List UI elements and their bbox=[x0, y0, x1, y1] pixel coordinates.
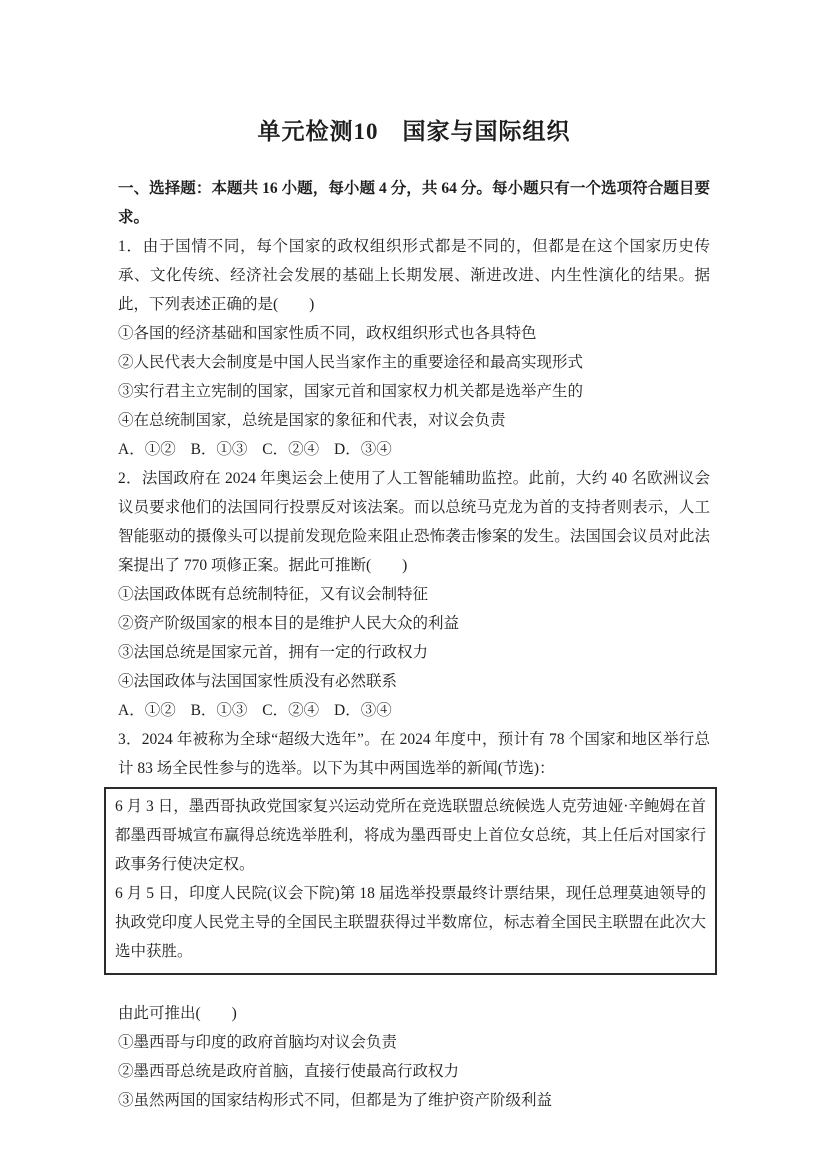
question-1-choices: A．①② B．①③ C．②④ D．③④ bbox=[118, 435, 710, 464]
question-2-choice-c: C．②④ bbox=[262, 696, 319, 725]
question-1-choice-a: A．①② bbox=[118, 435, 176, 464]
question-3-statement-1: ①墨西哥与印度的政府首脑均对议会负责 bbox=[118, 1028, 710, 1057]
question-1-choice-c: C．②④ bbox=[262, 435, 319, 464]
question-1-number: 1． bbox=[118, 238, 143, 255]
news-excerpt-india: 6 月 5 日，印度人民院(议会下院)第 18 届选举投票最终计票结果，现任总理… bbox=[115, 879, 706, 966]
question-2-choices: A．①② B．①③ C．②④ D．③④ bbox=[118, 696, 710, 725]
question-1-statement-1: ①各国的经济基础和国家性质不同，政权组织形式也各具特色 bbox=[118, 319, 710, 348]
question-1-choice-d: D．③④ bbox=[334, 435, 392, 464]
question-3-prompt: 由此可推出( ) bbox=[118, 999, 710, 1028]
question-3-statement-2: ②墨西哥总统是政府首脑，直接行使最高行政权力 bbox=[118, 1057, 710, 1086]
news-excerpt-box: 6 月 3 日，墨西哥执政党国家复兴运动党所在竞选联盟总统候选人克劳迪娅·辛鲍姆… bbox=[104, 787, 717, 975]
question-2-stem: 2．法国政府在 2024 年奥运会上使用了人工智能辅助监控。此前，大约 40 名… bbox=[118, 464, 710, 580]
page-title: 单元检测10 国家与国际组织 bbox=[118, 116, 710, 148]
question-2-statement-4: ④法国政体与法国国家性质没有必然联系 bbox=[118, 667, 710, 696]
question-2-stem-text: 法国政府在 2024 年奥运会上使用了人工智能辅助监控。此前，大约 40 名欧洲… bbox=[118, 470, 710, 574]
question-3-number: 3． bbox=[118, 731, 142, 748]
question-1-statement-3: ③实行君主立宪制的国家，国家元首和国家权力机关都是选举产生的 bbox=[118, 377, 710, 406]
question-2-statement-3: ③法国总统是国家元首，拥有一定的行政权力 bbox=[118, 638, 710, 667]
question-3-stem-text: 2024 年被称为全球“超级大选年”。在 2024 年度中，预计有 78 个国家… bbox=[118, 731, 710, 777]
question-3-stem: 3．2024 年被称为全球“超级大选年”。在 2024 年度中，预计有 78 个… bbox=[118, 725, 710, 783]
question-1-choice-b: B．①③ bbox=[191, 435, 248, 464]
question-2-number: 2． bbox=[118, 470, 142, 487]
exam-document-page: 单元检测10 国家与国际组织 一、选择题：本题共 16 小题，每小题 4 分，共… bbox=[0, 0, 827, 1169]
question-1-statement-4: ④在总统制国家，总统是国家的象征和代表，对议会负责 bbox=[118, 406, 710, 435]
news-excerpt-mexico: 6 月 3 日，墨西哥执政党国家复兴运动党所在竞选联盟总统候选人克劳迪娅·辛鲍姆… bbox=[115, 792, 706, 879]
question-2-statement-1: ①法国政体既有总统制特征，又有议会制特征 bbox=[118, 580, 710, 609]
question-2-choice-d: D．③④ bbox=[334, 696, 392, 725]
question-1-stem-text: 由于国情不同，每个国家的政权组织形式都是不同的，但都是在这个国家历史传承、文化传… bbox=[118, 238, 710, 313]
question-2-statement-2: ②资产阶级国家的根本目的是维护人民大众的利益 bbox=[118, 609, 710, 638]
question-1-stem: 1．由于国情不同，每个国家的政权组织形式都是不同的，但都是在这个国家历史传承、文… bbox=[118, 232, 710, 319]
question-2-choice-a: A．①② bbox=[118, 696, 176, 725]
question-1-statement-2: ②人民代表大会制度是中国人民当家作主的重要途径和最高实现形式 bbox=[118, 348, 710, 377]
question-3-statement-3: ③虽然两国的国家结构形式不同，但都是为了维护资产阶级利益 bbox=[118, 1086, 710, 1115]
question-2-choice-b: B．①③ bbox=[191, 696, 248, 725]
section-instruction: 一、选择题：本题共 16 小题，每小题 4 分，共 64 分。每小题只有一个选项… bbox=[118, 174, 710, 232]
